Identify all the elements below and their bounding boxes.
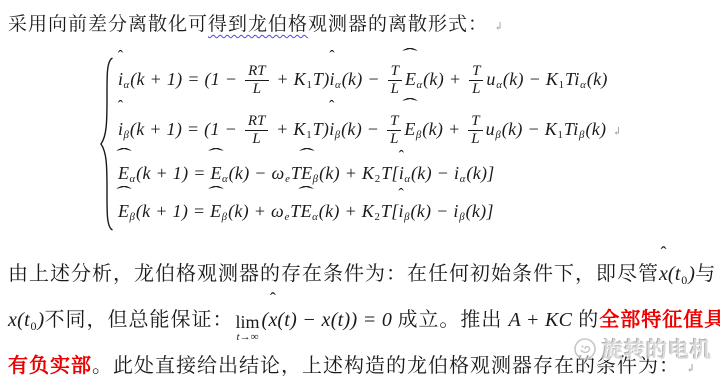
hat-icon: ˆ: [399, 148, 404, 164]
math-run: T): [313, 69, 330, 89]
hat-icon: ˆ: [398, 186, 403, 202]
text-run: 观测器的离散形式：: [308, 14, 488, 35]
fraction-denominator: L: [388, 80, 402, 98]
math-run: (t) − x(t)) = 0: [277, 309, 397, 331]
math-subscript: β: [124, 129, 129, 141]
hat-variable: Eˆβ: [210, 192, 228, 236]
text-run: 。此处直接给出结论，上述构造的龙伯格观测器存在的条件为：: [92, 355, 680, 377]
hat-base: Eˆ: [301, 192, 312, 230]
hat-variable: Eˆβ: [404, 104, 422, 160]
math-run: (k)]: [466, 163, 494, 183]
limit-underscript: t→∞: [235, 332, 259, 343]
hat-icon: ˆ: [299, 146, 315, 162]
math-run: (k + 1) = (1 −: [130, 69, 242, 89]
math-subscript: 2: [375, 211, 380, 223]
text-run: 不同，但总能保证：: [44, 309, 233, 331]
math-run: (k) − i: [411, 163, 459, 183]
math-run: T: [291, 163, 301, 183]
equation-row-i-alpha: iˆα(k + 1) = (1 − RTL + K1T)iˆα(k) − TLE…: [118, 54, 720, 104]
math-run: (k + 1) =: [136, 201, 210, 221]
limit-operator: limt→∞: [235, 313, 259, 343]
math-subscript: 2: [375, 173, 380, 185]
math-subscript: β: [416, 129, 421, 141]
hat-icon: ˆ: [402, 96, 418, 112]
math-subscript: α: [496, 79, 502, 91]
math-fraction: RTL: [245, 114, 269, 149]
fraction-numerator: T: [388, 64, 402, 81]
math-run: T: [290, 201, 300, 221]
text-run: 与: [695, 263, 716, 285]
fraction-denominator: L: [468, 130, 482, 148]
math-run: (k) − K: [502, 119, 557, 139]
equation-row-E-beta: Eˆβ(k + 1) = Eˆβ(k) + ωeTEˆα(k) + K2T[iˆ…: [118, 192, 720, 230]
math-run: + K: [272, 69, 306, 89]
paragraph-return-mark: ↲: [494, 21, 503, 33]
math-subscript: e: [285, 173, 290, 185]
math-subscript: 0: [31, 319, 37, 333]
hat-variable: xˆ: [659, 251, 668, 297]
body-line-2: x(t0)不同，但总能保证：limt→∞(xˆ(t) − x(t)) = 0 成…: [8, 297, 720, 343]
fraction-numerator: RT: [245, 64, 269, 81]
hat-variable: xˆ: [268, 297, 277, 343]
hat-icon: ˆ: [118, 48, 123, 64]
hat-icon: ˆ: [116, 146, 132, 162]
math-subscript: β: [404, 211, 409, 223]
paragraph-return-mark: ↲: [612, 126, 621, 138]
math-run: (k)]: [466, 201, 494, 221]
hat-variable: iˆβ: [329, 104, 341, 160]
red-emphasis-text: 全部特征值具: [599, 309, 720, 331]
equation-block: iˆα(k + 1) = (1 − RTL + K1T)iˆα(k) − TLE…: [101, 54, 720, 230]
fraction-numerator: RT: [245, 114, 269, 131]
math-subscript: β: [579, 129, 584, 141]
math-run: T[: [381, 201, 399, 221]
math-subscript: α: [124, 79, 130, 91]
math-run: + K: [271, 119, 305, 139]
title-paragraph: 采用向前差分离散化可得到龙伯格观测器的离散形式：↲: [0, 0, 720, 39]
math-run: (k) − i: [410, 201, 458, 221]
math-subscript: 1: [558, 129, 563, 141]
hat-icon: ˆ: [208, 184, 224, 200]
math-subscript: α: [404, 173, 410, 185]
math-subscript: 0: [681, 273, 687, 287]
left-brace-icon: [97, 56, 115, 232]
hat-base: Eˆ: [210, 192, 221, 230]
text-run: 由上述分析，龙伯格观测器的存在条件为：在任何初始条件下，即尽管: [8, 263, 659, 285]
fraction-denominator: L: [469, 80, 483, 98]
math-subscript: α: [312, 211, 318, 223]
hat-icon: ˆ: [329, 48, 334, 64]
math-run: (k) + K: [319, 163, 374, 183]
math-run: u: [486, 119, 495, 139]
hat-variable: Eˆα: [301, 192, 319, 236]
math-subscript: α: [460, 173, 466, 185]
math-subscript: α: [416, 79, 422, 91]
math-run: (t: [668, 263, 681, 285]
math-fraction: TL: [469, 64, 483, 99]
hat-icon: ˆ: [118, 98, 123, 114]
hat-icon: ˆ: [403, 46, 419, 62]
text-run: 采用向前差分离散化可: [8, 14, 208, 35]
math-run: (k) + K: [319, 201, 374, 221]
math-fraction: TL: [468, 114, 482, 149]
red-emphasis-text: 有负实部: [8, 355, 92, 377]
math-subscript: 1: [306, 79, 311, 91]
math-run: u: [486, 69, 495, 89]
math-run: (k) +: [423, 69, 466, 89]
body-paragraph: 由上述分析，龙伯格观测器的存在条件为：在任何初始条件下，即尽管xˆ(t0)与 x…: [8, 251, 720, 384]
hat-base: xˆ: [268, 297, 277, 343]
math-run: T): [313, 119, 330, 139]
math-subscript: β: [335, 129, 340, 141]
math-subscript: α: [580, 79, 586, 91]
math-run: A + KC: [508, 309, 572, 331]
hat-base: iˆ: [329, 104, 334, 154]
body-line-1: 由上述分析，龙伯格观测器的存在条件为：在任何初始条件下，即尽管xˆ(t0)与: [8, 251, 720, 297]
text-run: 成立。推出: [397, 309, 508, 331]
hat-base: Eˆ: [404, 104, 415, 154]
text-run: 的: [572, 309, 599, 331]
math-run: (k + 1) = (1 −: [130, 119, 242, 139]
math-subscript: e: [285, 211, 290, 223]
hat-icon: ˆ: [298, 184, 314, 200]
math-run: (k) +: [422, 119, 465, 139]
hat-icon: ˆ: [270, 290, 276, 308]
fraction-denominator: L: [245, 130, 269, 148]
math-subscript: β: [495, 129, 500, 141]
hat-icon: ˆ: [116, 184, 132, 200]
fraction-denominator: L: [387, 130, 401, 148]
spellcheck-underlined-text: 得到龙伯格: [208, 14, 308, 35]
math-run: (k) −: [341, 119, 384, 139]
math-subscript: β: [130, 211, 135, 223]
math-run: Ti: [565, 69, 580, 89]
hat-icon: ˆ: [208, 146, 224, 162]
math-subscript: 1: [306, 129, 311, 141]
hat-icon: ˆ: [329, 98, 334, 114]
math-run: (k + 1) =: [136, 163, 210, 183]
hat-base: Eˆ: [118, 192, 129, 230]
math-run: (k) + ω: [228, 201, 284, 221]
math-run: (k) −: [342, 69, 385, 89]
math-run: (k) − K: [503, 69, 558, 89]
math-run: x(t: [8, 309, 30, 331]
fraction-numerator: T: [387, 114, 401, 131]
math-run: Ti: [564, 119, 579, 139]
math-subscript: 1: [559, 79, 564, 91]
hat-base: iˆ: [399, 192, 404, 230]
body-line-3: 有负实部。此处直接给出结论，上述构造的龙伯格观测器存在的条件为：↲: [8, 343, 720, 384]
math-subscript: β: [222, 211, 227, 223]
math-subscript: β: [459, 211, 464, 223]
math-run: (k): [587, 69, 608, 89]
math-fraction: TL: [388, 64, 402, 99]
math-run: (k) − ω: [229, 163, 285, 183]
math-fraction: TL: [387, 114, 401, 149]
document-page: { "colors": { "ink": "#1a1a1a", "red": "…: [0, 0, 720, 384]
limit-label: lim: [235, 313, 259, 331]
fraction-numerator: T: [468, 114, 482, 131]
math-subscript: α: [335, 79, 341, 91]
fraction-numerator: T: [469, 64, 483, 81]
fraction-denominator: L: [245, 80, 269, 98]
hat-icon: ˆ: [660, 244, 666, 262]
hat-variable: Eˆβ: [118, 192, 136, 236]
hat-variable: iˆβ: [399, 192, 411, 236]
math-fraction: RTL: [245, 64, 269, 99]
hat-base: xˆ: [659, 251, 668, 297]
paragraph-return-mark: ↲: [686, 363, 695, 375]
math-run: (k): [585, 119, 606, 139]
math-run: T[: [381, 163, 399, 183]
